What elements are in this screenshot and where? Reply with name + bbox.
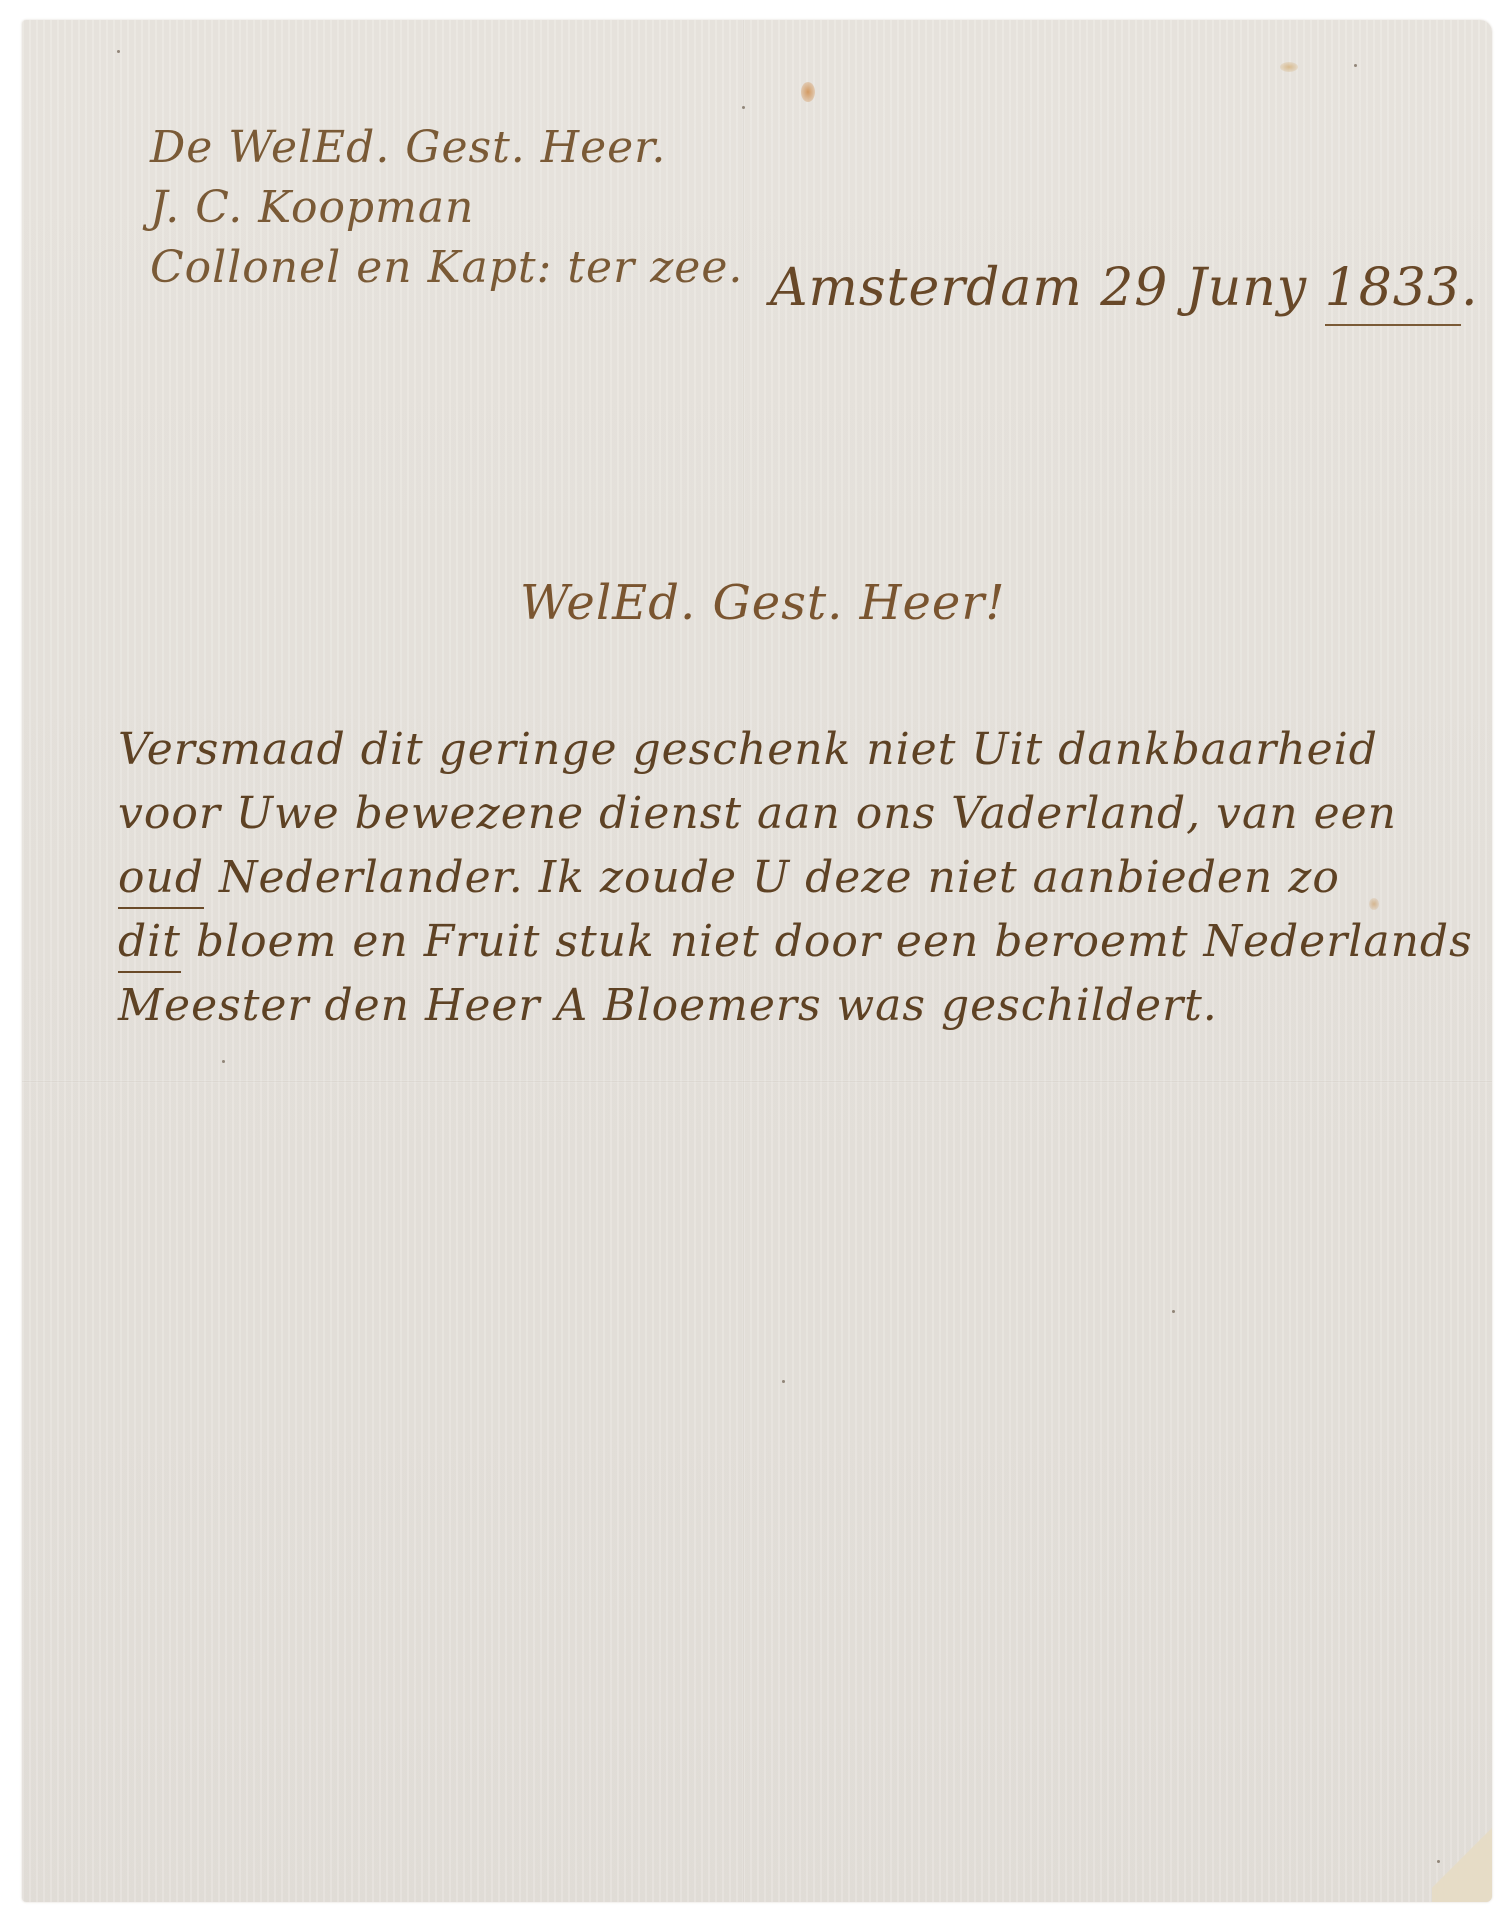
dateline: Amsterdam 29 Juny 1833. bbox=[770, 258, 1479, 318]
body-line: Versmaad dit geringe geschenk niet Uit d… bbox=[118, 718, 1473, 782]
paper-speck bbox=[222, 1060, 225, 1063]
addressee-line: Collonel en Kapt: ter zee. bbox=[150, 238, 743, 298]
addressee-line: De WelEd. Gest. Heer. bbox=[150, 118, 743, 178]
foxing-stain bbox=[1280, 62, 1298, 72]
paper-speck bbox=[1437, 1860, 1440, 1863]
date-month: Juny bbox=[1186, 258, 1307, 318]
addressee-block: De WelEd. Gest. Heer. J. C. Koopman Coll… bbox=[150, 118, 743, 298]
body-line: voor Uwe bewezene dienst aan ons Vaderla… bbox=[118, 782, 1473, 846]
paper-speck bbox=[1354, 64, 1357, 67]
body-line: dit bloem en Fruit stuk niet door een be… bbox=[118, 910, 1473, 974]
body-line-text: Nederlander. Ik zoude U deze niet aanbie… bbox=[204, 852, 1340, 903]
body-line: Meester den Heer A Bloemers was geschild… bbox=[118, 974, 1473, 1038]
date-year: 1833 bbox=[1325, 258, 1461, 326]
paper-speck bbox=[742, 106, 745, 109]
body-line-text: Meester den Heer A Bloemers was geschild… bbox=[118, 980, 1218, 1031]
addressee-line: J. C. Koopman bbox=[150, 178, 743, 238]
body-line-text: bloem en Fruit stuk niet door een beroem… bbox=[181, 916, 1473, 967]
body-line-text: voor Uwe bewezene dienst aan ons Vaderla… bbox=[118, 788, 1397, 839]
paper-speck bbox=[117, 50, 120, 53]
date-place: Amsterdam bbox=[770, 258, 1083, 318]
folded-corner bbox=[1432, 1812, 1492, 1902]
date-suffix: . bbox=[1461, 258, 1479, 318]
date-day: 29 bbox=[1100, 258, 1168, 318]
body-line: oud Nederlander. Ik zoude U deze niet aa… bbox=[118, 846, 1473, 910]
underlined-word: dit bbox=[118, 916, 181, 973]
foxing-stain bbox=[801, 82, 815, 102]
paper-speck bbox=[782, 1380, 785, 1383]
horizontal-fold-line bbox=[22, 1080, 1492, 1083]
underlined-word: oud bbox=[118, 852, 204, 909]
letter-body: Versmaad dit geringe geschenk niet Uit d… bbox=[118, 718, 1473, 1038]
body-line-text: Versmaad dit geringe geschenk niet Uit d… bbox=[118, 724, 1378, 775]
paper-speck bbox=[1172, 1310, 1175, 1313]
salutation: WelEd. Gest. Heer! bbox=[520, 575, 1006, 631]
